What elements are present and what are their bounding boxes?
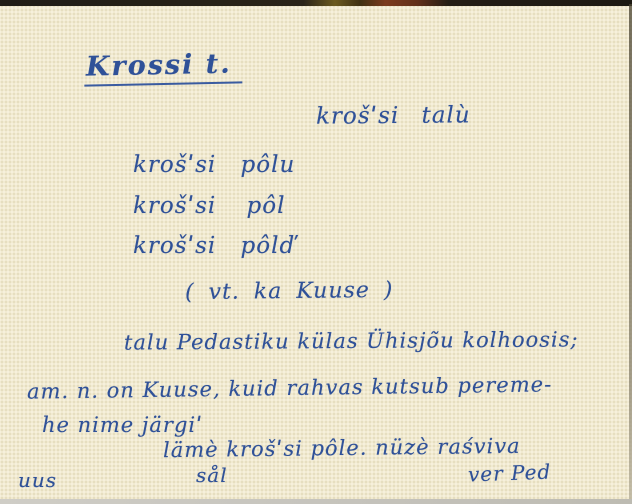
transcription-heading: krošˈsi talù — [316, 102, 471, 129]
cross-reference-note: ( vt. ka Kuuse ) — [185, 278, 394, 305]
scanned-archive-card: Krossi t. krošˈsi talù krošˈsi pôlu kroš… — [0, 0, 632, 504]
name-form-line: krošˈsi pôl — [133, 193, 285, 219]
bottom-mid-word: sål — [196, 463, 228, 487]
location-note: talu Pedastiku külas Ühisjõu kolhoosis; — [124, 327, 579, 354]
usage-example: lämè krošˈsi pôle. nüzè raśviva — [163, 434, 521, 462]
name-note-line-1: am. n. on Kuuse, kuid rahvas kutsub pere… — [27, 372, 553, 403]
scan-top-edge — [0, 0, 632, 6]
bottom-left-word: uus — [18, 468, 57, 492]
scan-bottom-edge — [0, 499, 632, 504]
name-form-line: krošˈsi pôlu — [133, 152, 295, 178]
name-note-line-2: he nime järgiˈ — [42, 413, 203, 437]
collector-signature: ver Ped — [468, 460, 552, 487]
card-title: Krossi t. — [84, 48, 242, 86]
name-form-line: krošˈsi pôlď — [133, 233, 295, 259]
